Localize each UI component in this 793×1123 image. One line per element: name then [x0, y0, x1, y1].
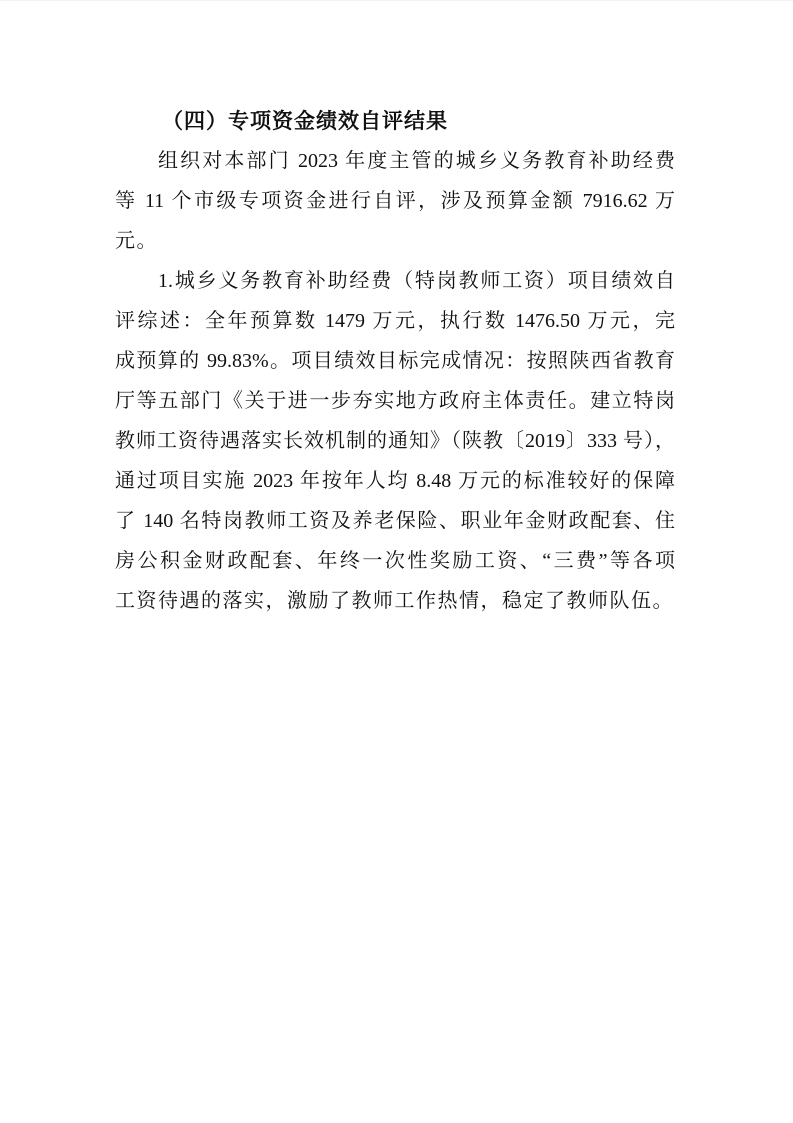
text-line: 厅等五部门《关于进一步夯实地方政府主体责任。建立特岗	[115, 381, 675, 421]
section-heading: （四）专项资金绩效自评结果	[115, 101, 675, 141]
text-line: 了 140 名特岗教师工资及养老保险、职业年金财政配套、住	[115, 501, 675, 541]
text-line: 组织对本部门 2023 年度主管的城乡义务教育补助经费	[115, 141, 675, 181]
text-line: 教师工资待遇落实长效机制的通知》（陕教〔2019〕333 号），	[115, 421, 675, 461]
text-line: 元。	[115, 221, 675, 261]
document-page: （四）专项资金绩效自评结果 组织对本部门 2023 年度主管的城乡义务教育补助经…	[0, 0, 793, 1123]
text-line: 通过项目实施 2023 年按年人均 8.48 万元的标准较好的保障	[115, 461, 675, 501]
text-line: 等 11 个市级专项资金进行自评，涉及预算金额 7916.62 万	[115, 181, 675, 221]
text-line: 1.城乡义务教育补助经费（特岗教师工资）项目绩效自	[115, 261, 675, 301]
text-line: 成预算的 99.83%。项目绩效目标完成情况：按照陕西省教育	[115, 341, 675, 381]
document-content: （四）专项资金绩效自评结果 组织对本部门 2023 年度主管的城乡义务教育补助经…	[115, 101, 675, 621]
text-line: 工资待遇的落实，激励了教师工作热情，稳定了教师队伍。	[115, 581, 675, 621]
text-line: 房公积金财政配套、年终一次性奖励工资、“三费”等各项	[115, 541, 675, 581]
text-line: 评综述：全年预算数 1479 万元，执行数 1476.50 万元，完	[115, 301, 675, 341]
